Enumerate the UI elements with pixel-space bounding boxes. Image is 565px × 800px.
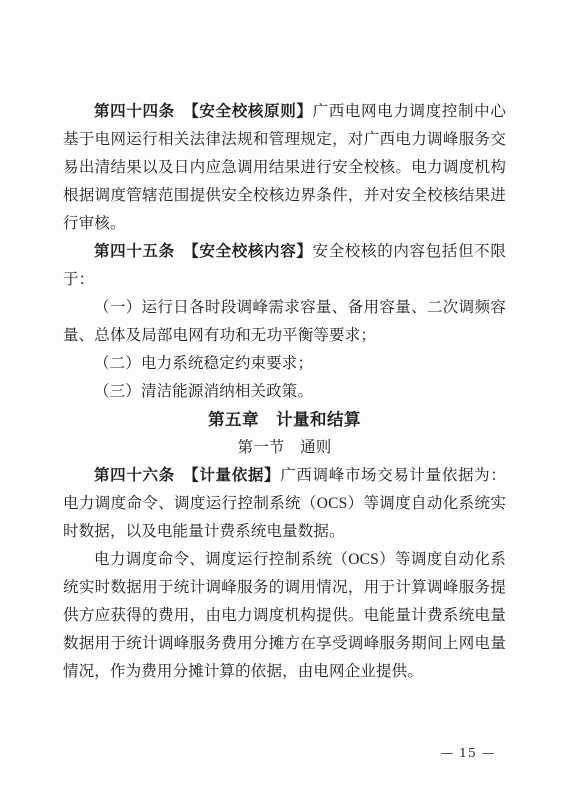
article-46-paragraph: 第四十六条 【计量依据】广西调峰市场交易计量依据为：电力调度命令、调度运行控制系… — [63, 462, 506, 546]
page-number: — 15 — — [438, 745, 498, 760]
document-page: 第四十四条 【安全校核原则】广西电网电力调度控制中心基于电网运行相关法律法规和管… — [0, 0, 565, 800]
article-46-paragraph-2: 电力调度命令、调度运行控制系统（OCS）等调度自动化系统实时数据用于统计调峰服务… — [63, 546, 506, 686]
article-45-list-item-2: （二）电力系统稳定约束要求； — [63, 350, 506, 378]
article-45-paragraph: 第四十五条 【安全校核内容】安全校核的内容包括但不限于： — [63, 238, 506, 294]
article-45-list-item-1: （一）运行日各时段调峰需求容量、备用容量、二次调频容量、总体及局部电网有功和无功… — [63, 294, 506, 350]
article-44-text: 广西电网电力调度控制中心基于电网运行相关法律法规和管理规定，对广西电力调峰服务交… — [63, 103, 506, 232]
article-44-paragraph: 第四十四条 【安全校核原则】广西电网电力调度控制中心基于电网运行相关法律法规和管… — [63, 98, 506, 238]
document-body: 第四十四条 【安全校核原则】广西电网电力调度控制中心基于电网运行相关法律法规和管… — [63, 98, 506, 686]
article-45-number-title: 第四十五条 【安全校核内容】 — [94, 243, 313, 260]
article-45-list-item-3: （三）清洁能源消纳相关政策。 — [63, 378, 506, 406]
article-46-number-title: 第四十六条 【计量依据】 — [94, 467, 280, 484]
article-44-number-title: 第四十四条 【安全校核原则】 — [94, 103, 313, 120]
chapter-heading: 第五章 计量和结算 — [63, 406, 506, 434]
section-heading: 第一节 通则 — [63, 434, 506, 462]
